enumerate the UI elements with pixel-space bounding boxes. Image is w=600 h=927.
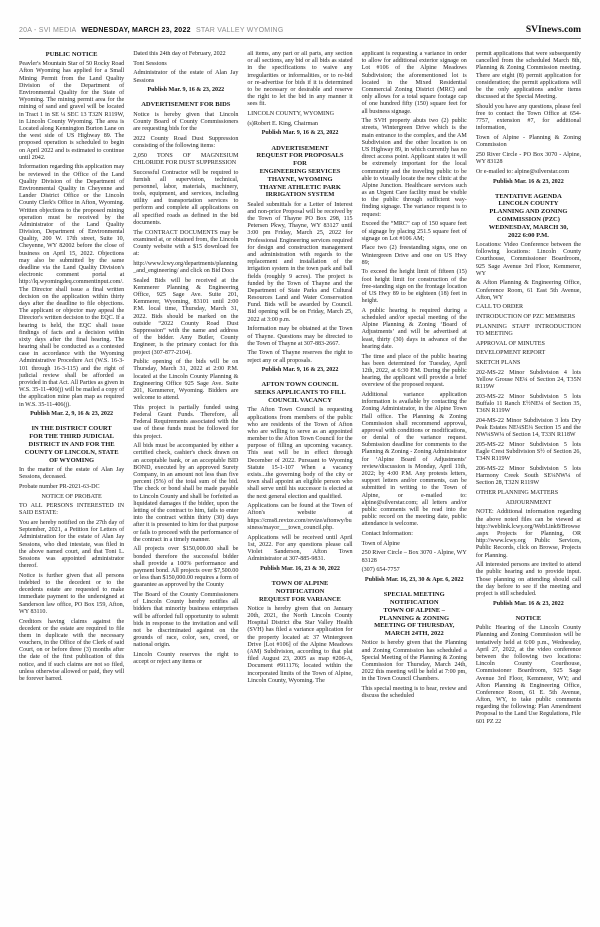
page-number-label: 20A - SVI MEDIA <box>19 27 76 34</box>
notice-paragraph: Public Hearing of the Lincoln County Pla… <box>476 625 581 726</box>
notice-paragraph: Sealed submittals for a Letter of Intere… <box>247 202 352 324</box>
notice-paragraph: Notice is hereby given that the Planning… <box>362 640 467 683</box>
notice-paragraph: Town of Alpine - Planning & Zoning Commi… <box>476 135 581 149</box>
notice-heading: IN THE DISTRICT COURT FOR THE THIRD JUDI… <box>19 425 124 464</box>
region-label: STAR VALLEY WYOMING <box>196 27 284 34</box>
notice-paragraph: All interested persons are invited to at… <box>476 562 581 598</box>
notice-paragraph: all items, any part or all parts, any se… <box>247 51 352 109</box>
notice-paragraph: Should you have any questions, please fe… <box>476 104 581 133</box>
notice-paragraph: The CONTRACT DOCUMENTS may be examined a… <box>133 230 238 259</box>
publish-line: Publish Mar. 9, 16 & 23, 2022 <box>247 367 352 374</box>
notice-heading: NOTICE <box>476 615 581 623</box>
notice-paragraph: DEVELOPMENT REPORT <box>476 350 581 357</box>
publish-line: Publish Mar. 16 & 23, 2022 <box>476 601 581 608</box>
notice-paragraph: Contact Information: <box>362 531 467 538</box>
notice-paragraph: Notice is further given that all persons… <box>19 573 124 616</box>
notice-heading: SPECIAL MEETING NOTIFICATION TOWN OF ALP… <box>362 591 467 638</box>
notice-paragraph: Applications can be found at the Town of… <box>247 503 352 532</box>
notice-paragraph: applicant is requesting a variance in or… <box>362 51 467 116</box>
page-header: 20A - SVI MEDIA WEDNESDAY, MARCH 23, 202… <box>19 25 581 35</box>
website-label: SVInews.com <box>526 25 581 35</box>
publish-line: Publish Mar. 16 & 23, 2022 <box>476 179 581 186</box>
notice-heading: PUBLIC NOTICE <box>19 51 124 59</box>
notice-paragraph: 206-MS-22 Minor Subdivision 5 lots Harmo… <box>476 466 581 488</box>
notice-heading: TOWN OF ALPINE NOTIFICATION REQUEST FOR … <box>247 580 352 603</box>
notice-paragraph: TO ALL PERSONS INTERESTED IN SAID ESTATE… <box>19 503 124 517</box>
notice-paragraph: Information regarding this application m… <box>19 164 124 408</box>
notice-paragraph: CALL TO ORDER <box>476 304 581 311</box>
notice-paragraph: Probate number PR-2021-63-DC <box>19 484 124 491</box>
notice-paragraph: In the matter of the estate of Alan Jay … <box>19 467 124 481</box>
notice-paragraph: 202-MS-22 Minor Subdivision 4 lots Yello… <box>476 370 581 392</box>
notice-paragraph: 250 River Circle – Box 3070 - Alpine, WY… <box>362 550 467 564</box>
notice-column-2: Dated this 24th day of February, 2022Ton… <box>133 51 238 913</box>
notice-paragraph: Locations: Video Conference between the … <box>476 242 581 278</box>
notice-paragraph: 250 River Circle - PO Box 3070 - Alpine,… <box>476 152 581 166</box>
notice-paragraph: All projects over $150,000.00 shall be b… <box>133 546 238 589</box>
notice-columns: PUBLIC NOTICEPeavler's Mountain Star of … <box>19 51 581 913</box>
notice-paragraph: OTHER PLANNING MATTERS <box>476 490 581 497</box>
notice-paragraph: The time and place of the public hearing… <box>362 354 467 390</box>
notice-paragraph: Lincoln County reserves the right to acc… <box>133 652 238 666</box>
notice-paragraph: Place two (2) freestanding signs, one on… <box>362 245 467 267</box>
notice-paragraph: All bids must be accompanied by either a… <box>133 443 238 544</box>
notice-paragraph: Creditors having claims against the dece… <box>19 619 124 684</box>
notice-paragraph: LINCOLN COUNTY, WYOMING <box>247 111 352 118</box>
notice-paragraph: To exceed the height limit of fifteen (1… <box>362 269 467 305</box>
notice-paragraph: Or e-mailed to: alpine@silverstar.com <box>476 169 581 176</box>
notice-paragraph: The Town of Thayne reserves the right to… <box>247 350 352 364</box>
notice-column-5: permit applications that were subsequent… <box>476 51 581 913</box>
notice-paragraph: The Board of the County Commissioners of… <box>133 592 238 650</box>
notice-paragraph: permit applications that were subsequent… <box>476 51 581 101</box>
header-left: 20A - SVI MEDIA WEDNESDAY, MARCH 23, 202… <box>19 27 284 34</box>
notice-paragraph: 204-MS-22 Minor Subdivision 3 lots Dry P… <box>476 418 581 440</box>
notice-paragraph: The SVH property abuts two (2) public st… <box>362 118 467 219</box>
notice-paragraph: The Afton Town Council is requesting app… <box>247 407 352 500</box>
notice-paragraph: Toni Sessions <box>133 61 238 68</box>
notice-paragraph: Notice is hereby given that Lincoln Coun… <box>133 112 238 134</box>
notice-paragraph: Additional variance application informat… <box>362 392 467 529</box>
notice-paragraph: Notice is hereby given that on January 2… <box>247 606 352 685</box>
notice-paragraph: A public hearing is required during a sc… <box>362 308 467 351</box>
header-divider <box>19 38 581 39</box>
notice-paragraph: Successful Contractor will be required t… <box>133 170 238 228</box>
notice-heading: AFTON TOWN COUNCIL SEEKS APPLICANTS TO F… <box>247 381 352 404</box>
notice-paragraph: 2022 County Road Dust Suppression consis… <box>133 136 238 150</box>
notice-column-3: all items, any part or all parts, any se… <box>247 51 352 913</box>
notice-paragraph: 2,050 TONS OF MAGNESIUM CHLORIDE FOR DUS… <box>133 153 238 167</box>
notice-heading: ADVERTISEMENT REQUEST FOR PROPOSALS FOR … <box>247 145 352 200</box>
notice-paragraph: NOTE: Additional information regarding t… <box>476 509 581 559</box>
notice-paragraph: Peavler's Mountain Star of 50 Rocky Road… <box>19 61 124 162</box>
notice-paragraph: PLANNING STAFF INTRODUCTION TO MEETING <box>476 324 581 338</box>
notice-paragraph: 205-MS-22 Minor Subdivision 5 lots Eagle… <box>476 442 581 464</box>
notice-paragraph: You are hereby notified on the 27th day … <box>19 520 124 570</box>
notice-paragraph: Exceed the “MRC” cap of 150 square feet … <box>362 221 467 243</box>
notice-paragraph: Town of Alpine <box>362 541 467 548</box>
notice-subheading: NOTICE OF PROBATE <box>19 494 124 501</box>
notice-paragraph: Administrator of the estate of Alan Jay … <box>133 70 238 84</box>
notice-paragraph: This special meeting is to hear, review … <box>362 686 467 700</box>
newspaper-page: 20A - SVI MEDIA WEDNESDAY, MARCH 23, 202… <box>0 0 600 927</box>
notice-paragraph: Dated this 24th day of February, 2022 <box>133 51 238 58</box>
notice-paragraph: Applications will be received until Apri… <box>247 535 352 564</box>
notice-heading: TENTATIVE AGENDA LINCOLN COUNTY PLANNING… <box>476 193 581 240</box>
notice-paragraph: (s)Robert E. King, Chairman <box>247 121 352 128</box>
notice-column-4: applicant is requesting a variance in or… <box>362 51 467 913</box>
notice-paragraph: Sealed Bids will be received at the Kemm… <box>133 278 238 357</box>
publish-line: Publish Mar. 16, 23 & 30, 2022 <box>247 566 352 573</box>
notice-subheading: ADJOURNMENT <box>476 500 581 507</box>
issue-date: WEDNESDAY, MARCH 23, 2022 <box>81 27 190 34</box>
notice-paragraph: This project is partially funded using F… <box>133 405 238 441</box>
notice-paragraph: (307) 654-7757 <box>362 567 467 574</box>
notice-heading: ADVERTISEMENT FOR BIDS <box>133 101 238 109</box>
publish-line: Publish Mar. 9, 16 & 23, 2022 <box>133 87 238 94</box>
notice-paragraph: INTRODUCTION OF PZC MEMBERS <box>476 314 581 321</box>
publish-line: Publish Mar. 2, 9, 16 & 23, 2022 <box>19 411 124 418</box>
notice-paragraph: & Afton Planning & Engineering Office, C… <box>476 280 581 302</box>
publish-line: Publish Mar. 16, 23, 30 & Apr. 6, 2022 <box>362 577 467 584</box>
notice-paragraph: 203-MS-22 Minor Subdivision 5 lots Buffa… <box>476 394 581 416</box>
notice-paragraph: APPROVAL OF MINUTES <box>476 341 581 348</box>
notice-paragraph: http://www.lcwy.org/departments/planning… <box>133 261 238 275</box>
notice-paragraph: Public opening of the bids will be on Th… <box>133 359 238 402</box>
publish-line: Publish Mar. 9, 16 & 23, 2022 <box>247 130 352 137</box>
notice-paragraph: Information may be obtained at the Town … <box>247 326 352 348</box>
notice-column-1: PUBLIC NOTICEPeavler's Mountain Star of … <box>19 51 124 913</box>
notice-paragraph: SKETCH PLANS <box>476 360 581 367</box>
